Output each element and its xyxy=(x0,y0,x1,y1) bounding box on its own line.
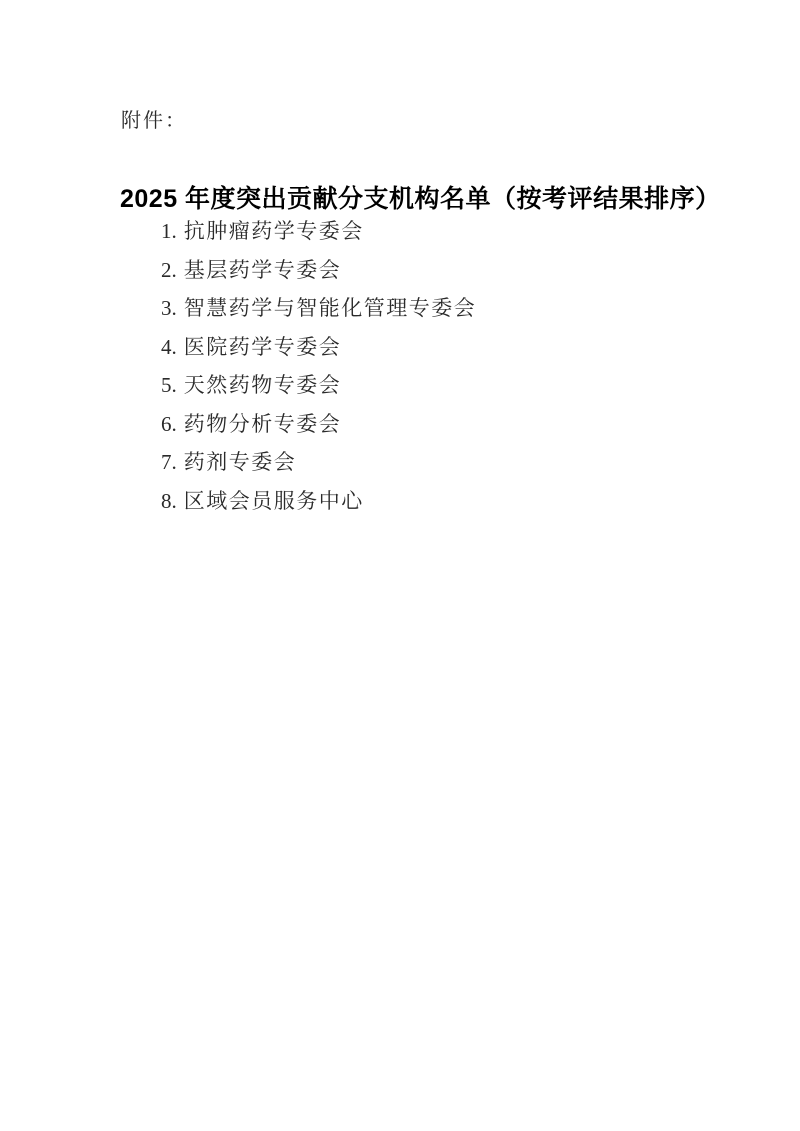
list-item-text: 医院药学专委会 xyxy=(184,336,342,358)
list-item: 1. 抗肿瘤药学专委会 xyxy=(161,220,476,242)
list-item-number: 1. xyxy=(161,220,177,242)
document-page: 附件： 2025 年度突出贡献分支机构名单（按考评结果排序） 1. 抗肿瘤药学专… xyxy=(0,0,800,1131)
list-item-text: 天然药物专委会 xyxy=(184,374,342,396)
list-item-number: 5. xyxy=(161,374,177,396)
list-item-text: 区域会员服务中心 xyxy=(184,490,364,512)
document-title: 2025 年度突出贡献分支机构名单（按考评结果排序） xyxy=(120,179,721,215)
list-item-text: 智慧药学与智能化管理专委会 xyxy=(184,297,477,319)
branch-list: 1. 抗肿瘤药学专委会 2. 基层药学专委会 3. 智慧药学与智能化管理专委会 … xyxy=(161,220,476,528)
list-item-number: 8. xyxy=(161,490,177,512)
list-item: 8. 区域会员服务中心 xyxy=(161,490,476,512)
list-item-text: 药剂专委会 xyxy=(184,451,297,473)
list-item: 2. 基层药学专委会 xyxy=(161,259,476,281)
list-item-number: 3. xyxy=(161,297,177,319)
list-item: 3. 智慧药学与智能化管理专委会 xyxy=(161,297,476,319)
list-item-text: 抗肿瘤药学专委会 xyxy=(184,220,364,242)
list-item-number: 4. xyxy=(161,336,177,358)
list-item-number: 7. xyxy=(161,451,177,473)
list-item-text: 药物分析专委会 xyxy=(184,413,342,435)
list-item: 6. 药物分析专委会 xyxy=(161,413,476,435)
attachment-label: 附件： xyxy=(121,104,187,133)
list-item: 7. 药剂专委会 xyxy=(161,451,476,473)
list-item-number: 2. xyxy=(161,259,177,281)
list-item: 4. 医院药学专委会 xyxy=(161,336,476,358)
list-item-number: 6. xyxy=(161,413,177,435)
list-item-text: 基层药学专委会 xyxy=(184,259,342,281)
list-item: 5. 天然药物专委会 xyxy=(161,374,476,396)
